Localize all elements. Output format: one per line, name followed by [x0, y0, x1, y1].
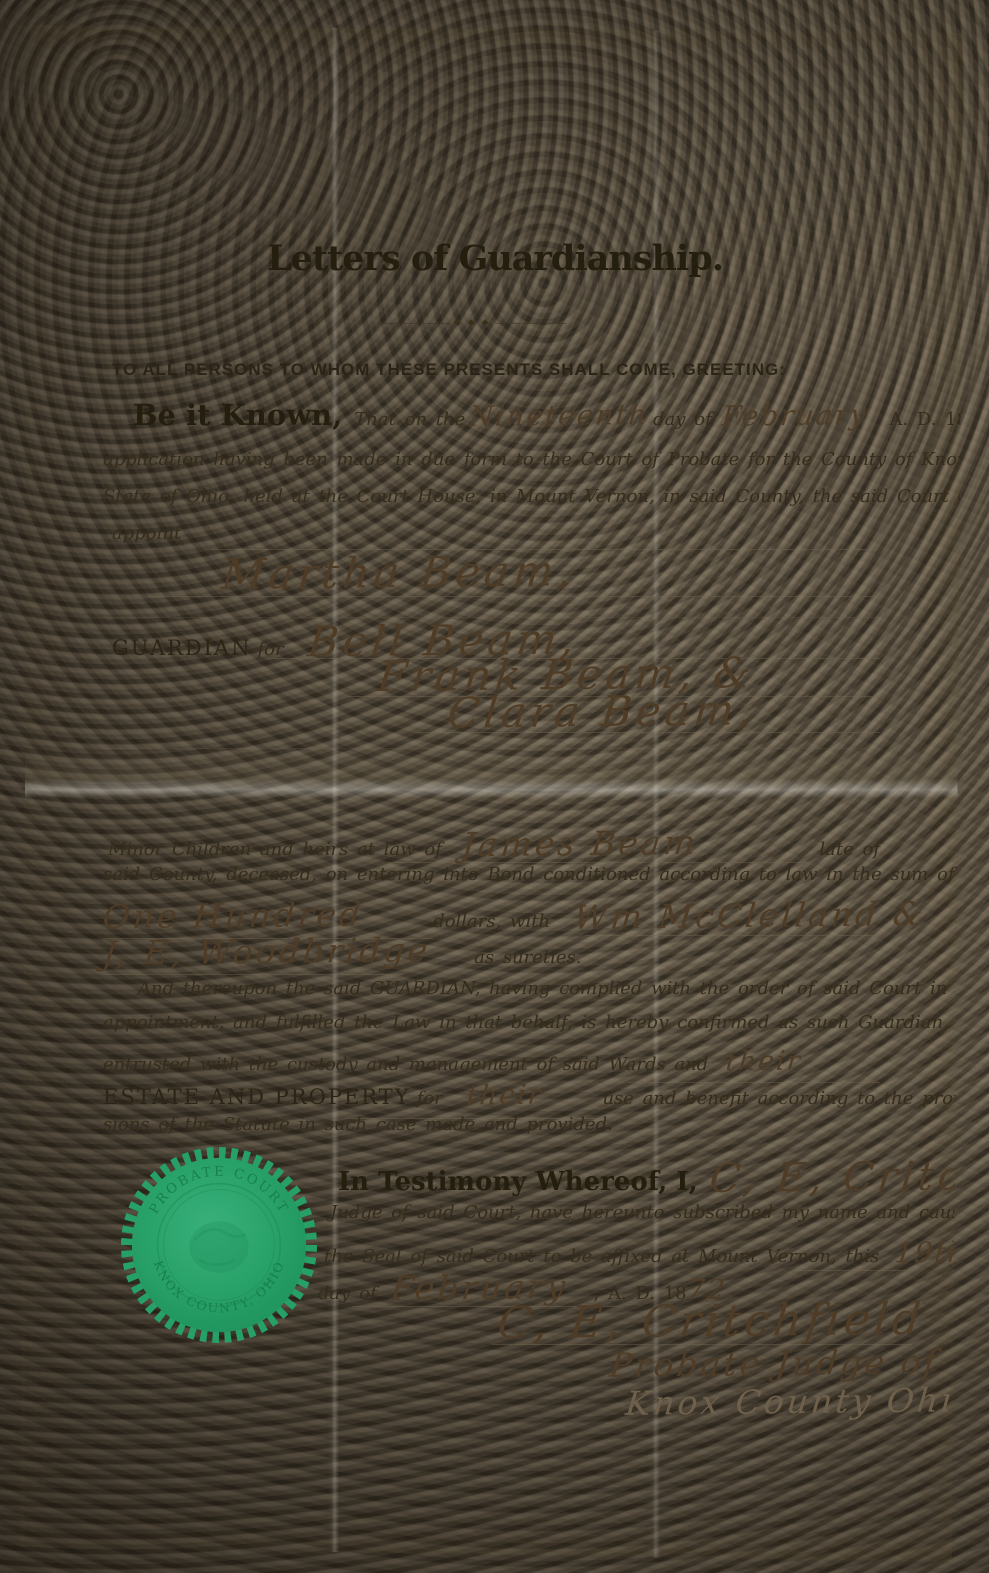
horizontal-fold-crease: [0, 752, 989, 798]
handwritten-their: their: [465, 1080, 544, 1112]
printed-text: day of: [318, 1283, 377, 1304]
handwritten-their: their: [725, 1046, 804, 1078]
divider-line: [378, 323, 450, 324]
page-title: Letters of Guardianship.: [35, 238, 955, 279]
printed-text: said County, deceased, on entering into …: [103, 864, 955, 885]
printed-text: for: [417, 1088, 443, 1109]
fill-line: [795, 1270, 907, 1271]
greeting-line: TO ALL PERSONS TO WHOM THESE PRESENTS SH…: [112, 360, 786, 380]
handwritten-judge-name: C, E, Critchfield: [707, 1152, 989, 1202]
handwritten-guardian-name: Martha Beam,: [219, 546, 576, 599]
printed-text: application having been made in due form…: [103, 449, 989, 470]
printed-text: entrusted with the custody and managemen…: [103, 1054, 708, 1075]
handwritten-signer-title: Probate Judge of: [608, 1342, 941, 1384]
handwritten-deceased-name: James Beam: [460, 823, 700, 864]
printed-text: late of: [819, 839, 880, 860]
handwritten-surety1: Wm McClelland &: [572, 894, 927, 937]
handwritten-day-number: 19th: [894, 1236, 970, 1270]
estate-property-label: ESTATE AND PROPERTY: [103, 1085, 411, 1109]
printed-text: dollars, with: [433, 911, 550, 932]
printed-text: use and benefit according to the provi-: [602, 1088, 975, 1109]
handwritten-bond-amount: One Hundred: [101, 895, 365, 937]
printed-text: Minor Children and heirs at law of: [108, 839, 442, 860]
probate-court-seal: PROBATE COURT KNOX COUNTY, OHIO: [120, 1146, 318, 1344]
guardian-for-label: GUARDIAN: [112, 636, 251, 660]
be-it-known-label: Be it Known,: [133, 398, 342, 432]
divider-line: [495, 323, 567, 324]
printed-text: appointment, and fulfilled the Law in th…: [103, 1012, 989, 1033]
printed-text: Judge of said Court, have hereunto subsc…: [330, 1202, 983, 1223]
printed-text: appoint: [112, 523, 181, 544]
handwritten-signer-county: Knox County Ohio: [624, 1380, 980, 1423]
printed-text: That on the: [354, 409, 465, 430]
printed-text: A. D. 18: [889, 409, 968, 430]
printed-text: day of: [653, 409, 712, 430]
handwritten-surety2: J, E, Woodbridge: [101, 930, 432, 972]
printed-text: for: [257, 639, 283, 660]
printed-text: State of Ohio, held at the Court House, …: [103, 486, 986, 507]
handwritten-signature: C, E, Critchfield: [495, 1294, 927, 1349]
fill-line: [103, 974, 403, 975]
printed-text: sions of the Statute in such case made a…: [103, 1114, 613, 1135]
handwritten-ward3: Clara Beam,: [446, 685, 758, 737]
printed-text: as sureties.: [474, 947, 581, 968]
document-paper: Letters of Guardianship. ◆ ◆ ◆ TO ALL PE…: [0, 0, 989, 1573]
handwritten-month: February: [720, 398, 869, 433]
printed-text: And thereupon the said GUARDIAN, having …: [138, 978, 983, 999]
handwritten-day: Nineteenth: [468, 398, 651, 433]
fill-line: [103, 748, 880, 749]
seal-graphic: PROBATE COURT KNOX COUNTY, OHIO: [120, 1146, 318, 1344]
in-testimony-label: In Testimony Whereof, I,: [338, 1167, 698, 1197]
title-divider: ◆ ◆ ◆: [378, 318, 567, 328]
photo-background-carpet: Letters of Guardianship. ◆ ◆ ◆ TO ALL PE…: [0, 0, 989, 1573]
printed-text: the Seal of said Court to be affixed at …: [324, 1246, 879, 1267]
divider-diamonds-icon: ◆ ◆ ◆: [454, 318, 491, 328]
handwritten-year: 72.: [966, 399, 989, 433]
